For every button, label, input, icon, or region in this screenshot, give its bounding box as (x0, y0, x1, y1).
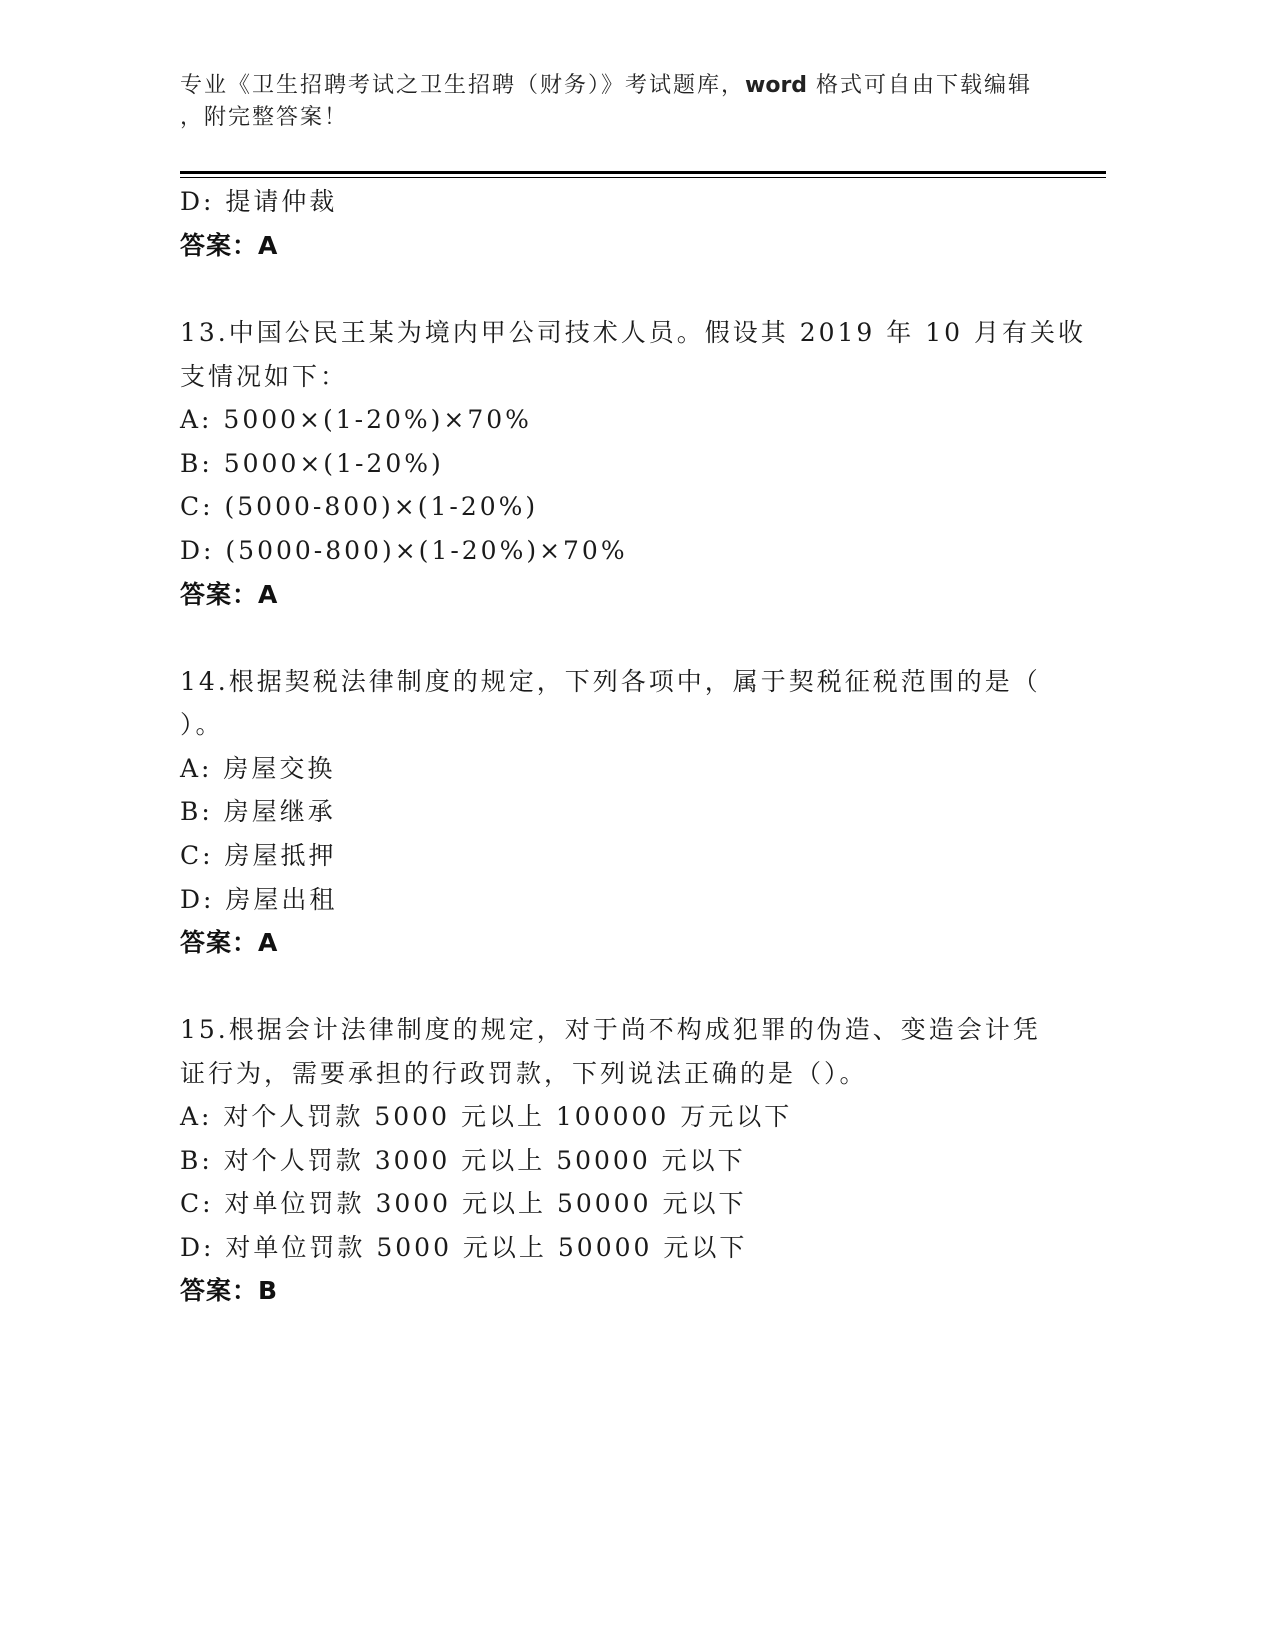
question-13-option-c: C: (5000-800)×(1-20%) (180, 492, 538, 522)
question-14-option-d: D: 房屋出租 (180, 885, 337, 915)
header-divider-thin (180, 177, 1106, 178)
question-13-option-b: B: 5000×(1-20%) (180, 449, 444, 479)
question-13-option-a: A: 5000×(1-20%)×70% (180, 405, 532, 435)
question-15-answer: 答案：B (180, 1276, 278, 1306)
question-13-stem-line-1: 13.中国公民王某为境内甲公司技术人员。假设其 2019 年 10 月有关收 (180, 318, 1086, 348)
question-14-option-a: A: 房屋交换 (180, 754, 335, 784)
header-divider-thick (180, 171, 1106, 174)
question-14-option-c: C: 房屋抵押 (180, 841, 337, 871)
question-13-option-d: D: (5000-800)×(1-20%)×70% (180, 536, 628, 566)
header-format-text: 格式可自由下载编辑 (807, 73, 1032, 98)
header-word-text: word (745, 73, 807, 98)
prev-question-option-d: D: 提请仲裁 (180, 187, 337, 217)
question-14-stem-line-1: 14.根据契税法律制度的规定，下列各项中，属于契税征税范围的是（ (180, 667, 1041, 697)
document-header: 专业《卫生招聘考试之卫生招聘（财务）》考试题库，word 格式可自由下载编辑 ，… (180, 70, 1040, 134)
question-15-option-c: C: 对单位罚款 3000 元以上 50000 元以下 (180, 1189, 746, 1219)
question-15-option-b: B: 对个人罚款 3000 元以上 50000 元以下 (180, 1146, 746, 1176)
question-14-stem-line-2: ）。 (180, 710, 224, 740)
question-14-answer: 答案：A (180, 928, 278, 958)
prev-question-answer: 答案：A (180, 231, 278, 261)
header-line-1: 专业《卫生招聘考试之卫生招聘（财务）》考试题库，word 格式可自由下载编辑 (180, 70, 1040, 102)
question-15-stem-line-1: 15.根据会计法律制度的规定，对于尚不构成犯罪的伪造、变造会计凭 (180, 1015, 1041, 1045)
question-15-option-d: D: 对单位罚款 5000 元以上 50000 元以下 (180, 1233, 747, 1263)
question-14-option-b: B: 房屋继承 (180, 797, 336, 827)
header-title-text: 专业《卫生招聘考试之卫生招聘（财务）》考试题库， (180, 73, 745, 98)
question-13-answer: 答案：A (180, 580, 278, 610)
document-page: 专业《卫生招聘考试之卫生招聘（财务）》考试题库，word 格式可自由下载编辑 ，… (0, 0, 1275, 1650)
question-15-option-a: A: 对个人罚款 5000 元以上 100000 万元以下 (180, 1102, 792, 1132)
header-line-2: ，附完整答案！ (180, 102, 1040, 134)
question-13-stem-line-2: 支情况如下： (180, 362, 348, 392)
question-15-stem-line-2: 证行为，需要承担的行政罚款，下列说法正确的是（）。 (180, 1059, 868, 1089)
